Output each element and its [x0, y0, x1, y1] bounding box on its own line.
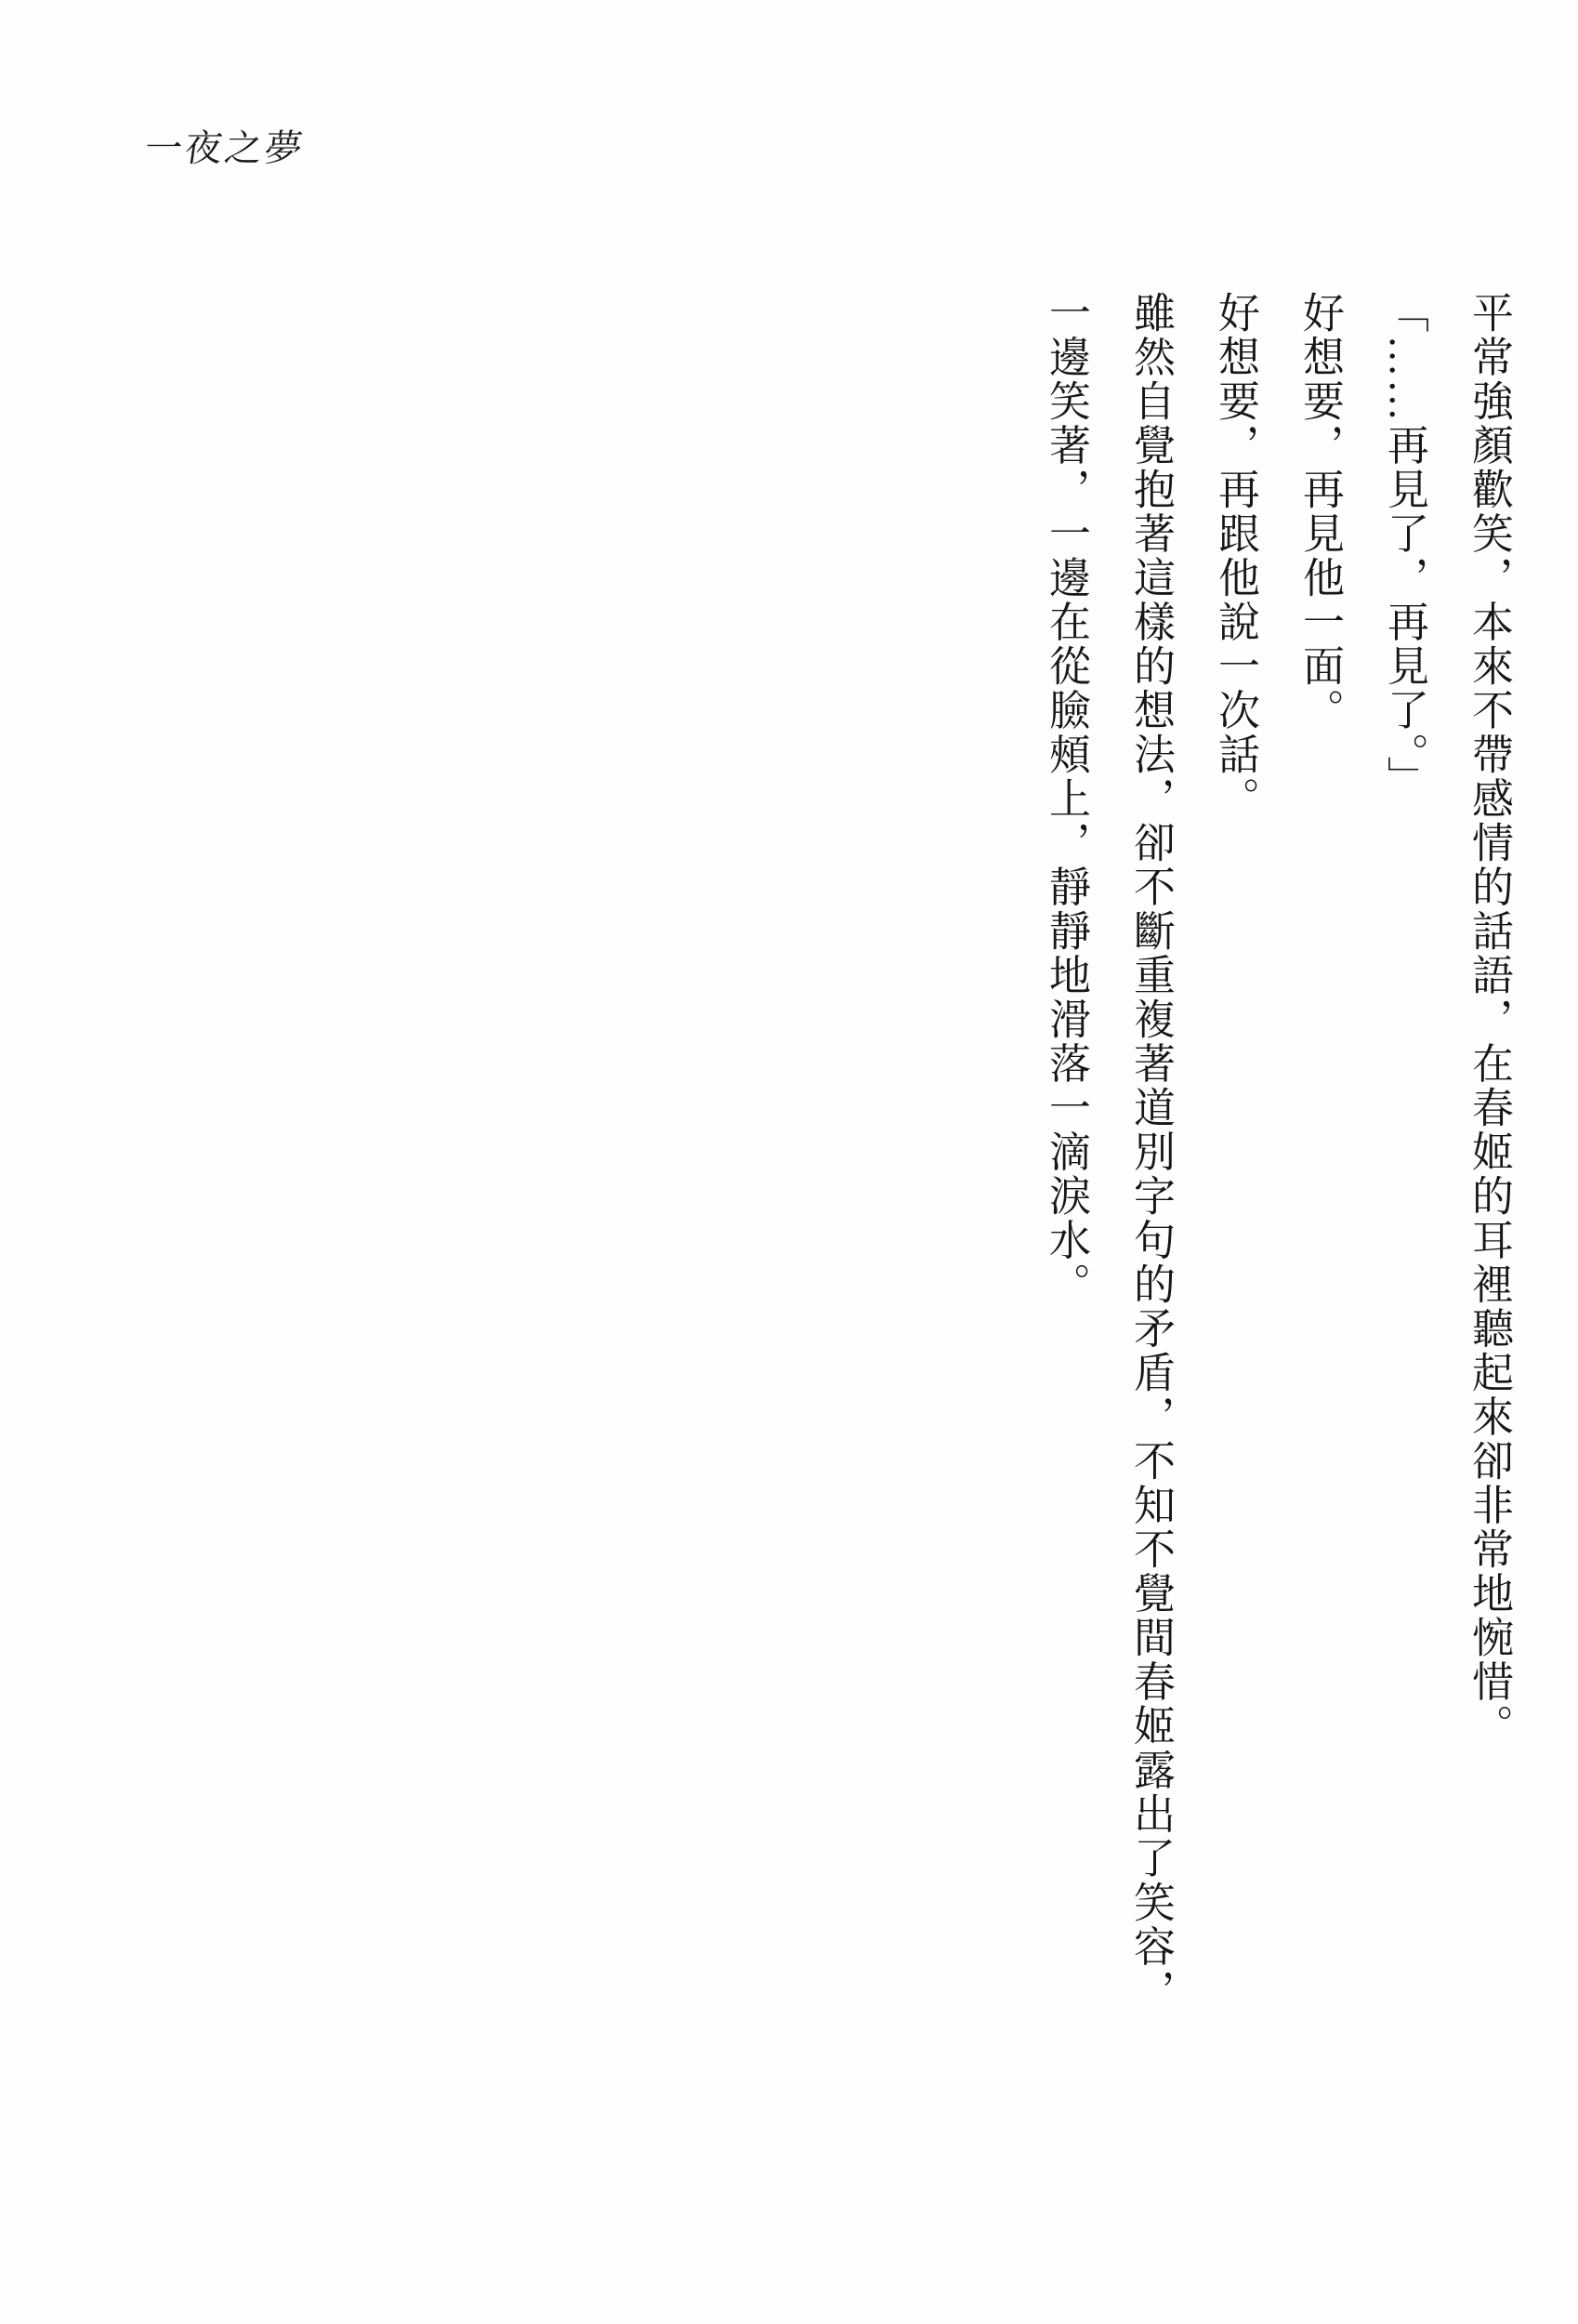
paragraph: 好想要，再見他一面。 — [1277, 291, 1361, 2057]
vertical-text-block: 平常強顏歡笑，本來不帶感情的話語，在春姬的耳裡聽起來卻非常地惋惜。 「……再見了… — [1023, 291, 1531, 2057]
paragraph: 一邊笑著，一邊在從臉頰上，靜靜地滑落一滴淚水。 — [1023, 291, 1108, 2057]
paragraph: 「……再見了，再見了。」 — [1361, 291, 1446, 2057]
paragraph: 好想要，再跟他說一次話。 — [1192, 291, 1277, 2057]
book-page: 一夜之夢 平常強顏歡笑，本來不帶感情的話語，在春姬的耳裡聽起來卻非常地惋惜。 「… — [0, 0, 1578, 2324]
chapter-title: 一夜之夢 — [142, 126, 309, 171]
paragraph: 雖然自覺抱著這樣的想法，卻不斷重複著道別字句的矛盾，不知不覺間春姬露出了笑容， — [1108, 291, 1192, 2057]
paragraph: 平常強顏歡笑，本來不帶感情的話語，在春姬的耳裡聽起來卻非常地惋惜。 — [1446, 291, 1531, 2057]
